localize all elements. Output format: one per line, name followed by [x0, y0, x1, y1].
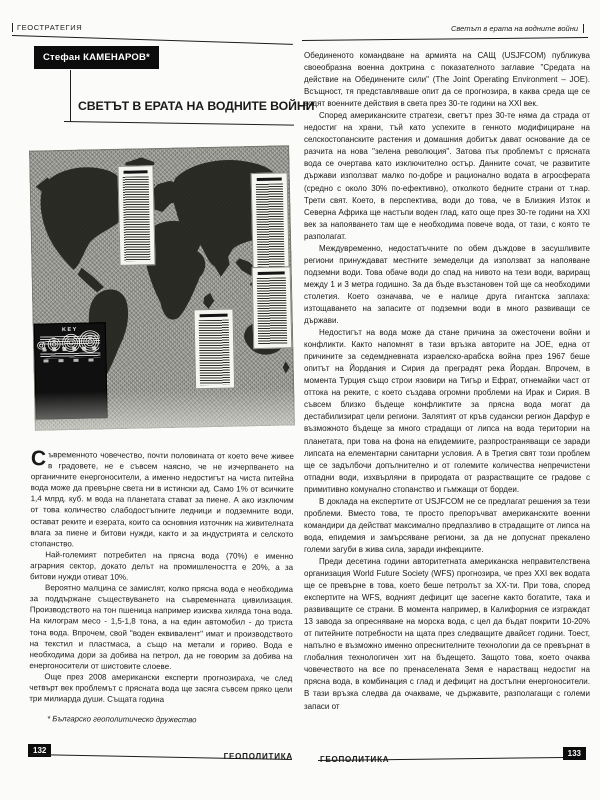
paragraph: Обединеното командване на армията на САЩ…	[304, 50, 590, 110]
author-footnote: * Българско геополитическо дружество	[47, 713, 292, 726]
map-legend: KEY	[34, 322, 108, 419]
left-body-text: Съвременното човечество, почти половинат…	[29, 449, 294, 726]
map-annotation-callout	[117, 165, 155, 266]
paragraph: Съвременното човечество, почти половинат…	[30, 449, 294, 551]
paragraph-text: ъвременното човечество, почти половината…	[30, 450, 294, 548]
annotation-microtext	[123, 176, 151, 262]
map-annotation-callout	[252, 266, 293, 349]
right-body-text: Обединеното командване на армията на САЩ…	[304, 50, 590, 713]
map-annotation-callout	[193, 309, 235, 390]
header-rule-left	[12, 35, 293, 45]
paragraph: Още през 2008 американски експерти прогн…	[29, 671, 292, 706]
map-annotation-callout	[251, 172, 290, 273]
annotation-heading-bar	[124, 170, 148, 174]
annotation-heading-bar	[257, 177, 282, 181]
paragraph: Вероятно малцина се замислят, колко пряс…	[29, 582, 293, 673]
legend-circle-values	[43, 358, 97, 362]
paragraph: Според американските стратези, светът пр…	[304, 110, 590, 243]
left-page: ГЕОСТРАТЕГИЯ Стефан КАМЕНАРОВ* СВЕТЪТ В …	[8, 0, 296, 800]
annotation-heading-bar	[200, 314, 228, 318]
paragraph: В доклада на експертите от USJFCOM не се…	[304, 496, 590, 556]
author-box: Стефан КАМЕНАРОВ*	[34, 46, 159, 69]
world-map-figure: KEY	[29, 145, 295, 430]
paragraph: Най-големият потребител на прясна вода (…	[30, 549, 293, 584]
paragraph: Недостигът на вода може да стане причина…	[304, 327, 590, 496]
title-underline	[64, 121, 294, 126]
page-number-right: 133	[563, 747, 586, 760]
right-page: Светът в ерата на водните войни Обединен…	[300, 0, 592, 800]
article-title: СВЕТЪТ В ЕРАТА НА ВОДНИТЕ ВОЙНИ	[78, 99, 314, 113]
title-connector-line	[70, 70, 71, 122]
section-header: ГЕОСТРАТЕГИЯ	[12, 23, 82, 32]
annotation-microtext	[256, 183, 285, 269]
annotation-microtext	[199, 320, 230, 386]
paragraph: Преди десетина години авторитетната амер…	[304, 556, 590, 713]
annotation-microtext	[257, 277, 287, 345]
header-rule-right	[302, 37, 588, 41]
drop-cap: С	[31, 449, 48, 468]
magazine-spread-scan: ГЕОСТРАТЕГИЯ Стефан КАМЕНАРОВ* СВЕТЪТ В …	[0, 0, 600, 800]
journal-name: ГЕОПОЛИТИКА	[224, 752, 293, 761]
legend-concentric-circles	[35, 324, 100, 357]
annotation-heading-bar	[258, 271, 285, 275]
running-header: Светът в ерата на водните войни	[451, 24, 584, 33]
paragraph: Междувременно, недостатъчните по обем дъ…	[304, 243, 590, 327]
